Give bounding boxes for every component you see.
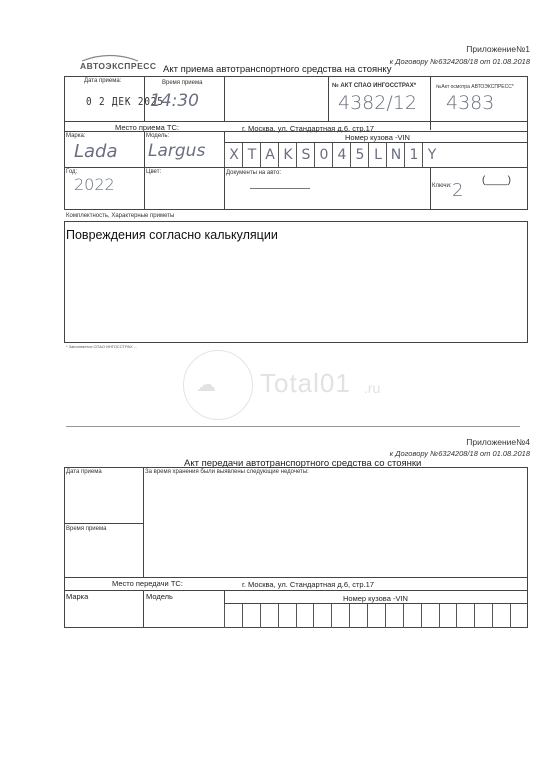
vin-cell: 1 [404,143,423,167]
watermark-suffix: .ru [364,380,380,396]
vin-cell-empty [510,604,529,628]
vin-grid: XTAKS045LN1Y [224,143,528,167]
act-inspect-label: №Акт осмотра АВТОЭКСПРЕСС* [436,84,514,90]
vin-cell-empty [474,604,493,628]
bottom-brand-label: Марка [66,592,88,601]
keys-extra: (____) [482,175,511,186]
act-inspect-value: 4383 [446,92,494,114]
time-label: Время приема [162,80,202,86]
cut-line [66,426,520,427]
vin-cell-empty [421,604,440,628]
vin-cell-empty [439,604,458,628]
bottom-place-label: Место передачи ТС: [112,579,183,588]
model-label: Модель: [146,133,169,139]
appendix-1-label: Приложение№1 [466,44,530,54]
act-ingos-value: 4382/12 [338,92,417,114]
contract-reference-2: к Договору №6324208/18 от 01.08.2018 [390,449,530,458]
vin-cell-empty [260,604,279,628]
vin-cell-empty [349,604,368,628]
watermark-circle [183,350,253,420]
vin-cell: 0 [314,143,333,167]
footnote: * Заполняется СПАО ИНГОССТРАХ ... [66,344,137,349]
docs-blank-line [250,188,310,189]
vin-cell: A [260,143,279,167]
vin-cell-empty [456,604,475,628]
vin-cell-empty [331,604,350,628]
vin-cell-empty [403,604,422,628]
logo-text: АВТОЭКСПРЕСС [80,61,157,71]
contract-reference: к Договору №6324208/18 от 01.08.2018 [390,57,530,66]
vin-cell: 4 [332,143,351,167]
bottom-date-label: Дата приема [66,469,102,475]
keys-label: Ключи: [432,183,452,189]
bottom-time-label: Время приема [66,526,106,532]
vin-cell-empty [242,604,261,628]
top-act-title: Акт приема автотранспортного средства на… [163,64,391,75]
act-ingos-label: № АКТ СПАО ИНГОССТРАХ* [332,83,416,89]
year-value: 2022 [74,175,115,194]
vin-cell-empty [313,604,332,628]
docs-label: Документы на авто: [226,170,281,176]
brand-label: Марка: [66,133,86,139]
vin-cell-empty [296,604,315,628]
vin-cell-empty [492,604,511,628]
bottom-vin-label: Номер кузова -VIN [343,594,408,603]
vin-cell: 5 [350,143,369,167]
date-label: Дата приема: [84,78,121,84]
bottom-vin-grid [224,604,528,628]
vin-cell-empty [385,604,404,628]
company-logo: АВТОЭКСПРЕСС [80,52,140,72]
bottom-model-label: Модель [146,592,173,601]
vin-cell: N [386,143,405,167]
keys-value: 2 [452,180,463,201]
brand-value: Lada [74,141,118,162]
vin-cell: X [224,143,243,167]
watermark-text: Total01 [260,368,351,399]
model-value: Largus [148,141,205,161]
bottom-place-value: г. Москва, ул. Стандартная д.6, стр.17 [242,580,374,589]
vin-cell-empty [367,604,386,628]
appendix-4-label: Приложение№4 [466,437,530,447]
time-value: 14:30 [150,91,199,111]
vin-cell: T [242,143,261,167]
color-label: Цвет: [146,169,161,175]
equipment-label: Комплектность, Характерные приметы [66,213,174,219]
defects-label: За время хранения были выявлены следующи… [145,469,309,475]
vin-label: Номер кузова -VIN [345,133,410,142]
vin-cell: K [278,143,297,167]
vin-cell: Y [422,143,441,167]
vin-cell-empty [224,604,243,628]
vin-cell: S [296,143,315,167]
watermark-car-icon: ☁ [196,372,216,397]
vin-cell-empty [278,604,297,628]
equipment-value: Повреждения согласно калькуляции [66,228,278,242]
vin-cell: L [368,143,387,167]
